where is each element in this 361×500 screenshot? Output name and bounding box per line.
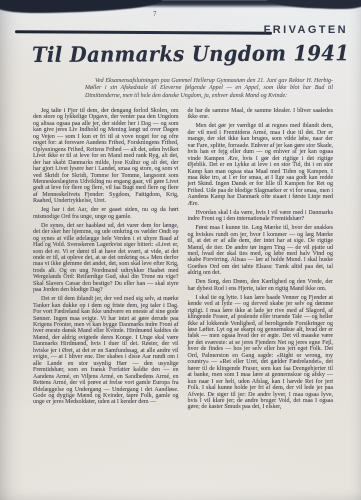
body-columns: Jeg talte i Fjor til dem, der dengang fo… xyxy=(33,108,333,413)
scan-edge-corner-left xyxy=(0,0,162,13)
page-number: 7 xyxy=(153,10,157,18)
paragraph: Jeg talte i Fjor til dem, der dengang fo… xyxy=(33,108,179,205)
paragraph: Jeg har i det Aar, der er gaaet siden, n… xyxy=(33,207,179,220)
article-title: Til Danmarks Ungdom 1941 xyxy=(32,40,349,67)
paragraph: Først maa I kunne tie. Læg Mærke til, hv… xyxy=(188,225,334,277)
left-column: Jeg talte i Fjor til dem, der dengang fo… xyxy=(33,108,179,413)
intro-paragraph: Ved Eksamensafslutningen paa Gammel Hell… xyxy=(85,78,333,100)
scanned-magazine-page: 7 FRIVAGTEN Til Danmarks Ungdom 1941 Ved… xyxy=(0,0,361,500)
paragraph: de har de samme Maal, de samme Idealer. … xyxy=(188,108,334,121)
header-rule xyxy=(15,30,272,35)
paragraph: I skal tie og lytte. I kan lære baade Ve… xyxy=(188,295,334,411)
paragraph: Men det gør jer værdige til at regnes me… xyxy=(188,123,334,207)
paragraph: De synes, det ser haabløst ud, det varer… xyxy=(33,223,179,294)
paragraph: Hvordan skal I da være, hvis I vil være … xyxy=(188,210,334,223)
right-column: de har de samme Maal, de samme Idealer. … xyxy=(188,108,334,413)
paragraph: Det er til dem iblandt jer, der ved med … xyxy=(33,296,179,406)
masthead-title: FRIVAGTEN xyxy=(264,24,348,36)
paragraph: Den Sorg, den Drøm, den Kærlighed og den… xyxy=(188,279,334,292)
